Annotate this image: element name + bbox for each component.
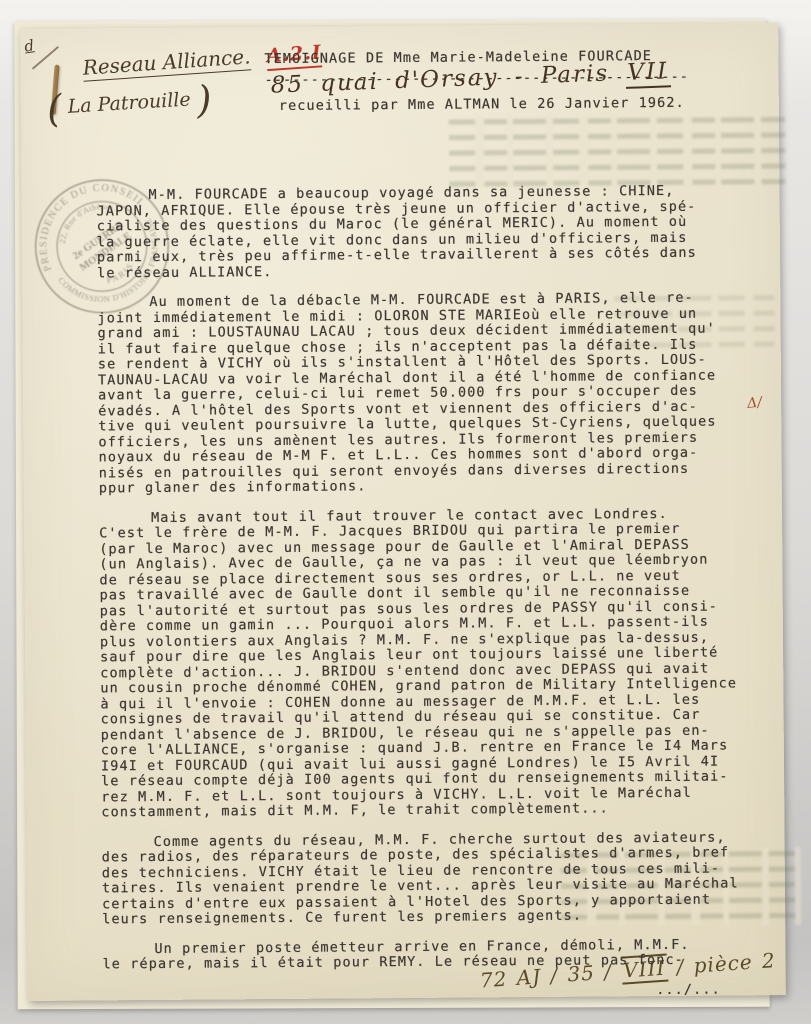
typed-body: M-M. FOURCADE a beaucoup voyagé dans sa … [96,183,758,1002]
collection-note: recueilli par Mme ALTMAN le 26 Janvier 1… [279,95,685,114]
patrol-paren-close: ) [195,77,212,122]
paragraph: Comme agents du réseau, M.M. F. cherche … [102,830,759,928]
bleed-through-text [449,113,786,188]
patrol-label: La Patrouille [67,88,191,117]
address-district: VII [625,58,671,89]
paragraph: M-M. FOURCADE a beaucoup voyagé dans sa … [96,183,753,281]
scan-background: PRESIDENCE DU CONSEIL COMMISSION D'HISTO… [0,0,811,1024]
patrol-annotation: ( La Patrouille ) [46,77,213,131]
network-label: Reseau Alliance. [82,44,251,82]
corner-letter-annotation: d [23,36,35,55]
paragraph: Au moment de la débacle M-M. FOURCADE es… [97,290,755,497]
patrol-paren-open: ( [46,86,63,131]
paragraph: Un premier poste émetteur arrive en Fran… [102,937,758,973]
document-page: PRESIDENCE DU CONSEIL COMMISSION D'HISTO… [20,23,786,1001]
paragraph: Mais avant tout il faut trouver le conta… [99,506,757,821]
